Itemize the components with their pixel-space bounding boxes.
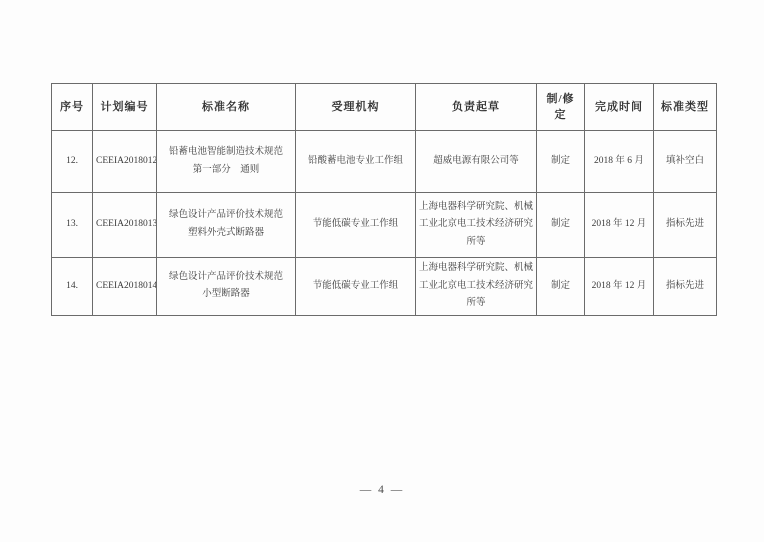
standards-plan-table: 序号 计划编号 标准名称 受理机构 负责起草 制/修 定 完成时间 标准类型 1… (51, 83, 717, 316)
cell-drafter: 上海电器科学研究院、机械工业北京电工技术经济研究所等 (416, 258, 537, 316)
cell-standard-name: 绿色设计产品评价技术规范 塑料外壳式断路器 (157, 193, 296, 258)
cell-completion-time: 2018 年 12 月 (585, 193, 654, 258)
table-row: 12. CEEIA2018012 铅蓄电池智能制造技术规范 第一部分 通则 铅酸… (52, 131, 717, 193)
header-completion-time: 完成时间 (585, 84, 654, 131)
cell-seq: 13. (52, 193, 93, 258)
cell-completion-time: 2018 年 6 月 (585, 131, 654, 193)
cell-formulate-or-revise: 制定 (537, 258, 585, 316)
header-seq: 序号 (52, 84, 93, 131)
header-drafter: 负责起草 (416, 84, 537, 131)
header-accepting-org: 受理机构 (296, 84, 416, 131)
cell-standard-type: 填补空白 (654, 131, 717, 193)
cell-accepting-org: 铅酸蓄电池专业工作组 (296, 131, 416, 193)
cell-formulate-or-revise: 制定 (537, 131, 585, 193)
table-row: 13. CEEIA2018013 绿色设计产品评价技术规范 塑料外壳式断路器 节… (52, 193, 717, 258)
cell-standard-type: 指标先进 (654, 193, 717, 258)
cell-accepting-org: 节能低碳专业工作组 (296, 258, 416, 316)
cell-plan-no: CEEIA2018014 (93, 258, 157, 316)
cell-formulate-or-revise: 制定 (537, 193, 585, 258)
cell-plan-no: CEEIA2018013 (93, 193, 157, 258)
cell-seq: 12. (52, 131, 93, 193)
header-standard-name: 标准名称 (157, 84, 296, 131)
cell-drafter: 超威电源有限公司等 (416, 131, 537, 193)
cell-standard-name: 铅蓄电池智能制造技术规范 第一部分 通则 (157, 131, 296, 193)
cell-accepting-org: 节能低碳专业工作组 (296, 193, 416, 258)
cell-standard-type: 指标先进 (654, 258, 717, 316)
cell-drafter: 上海电器科学研究院、机械工业北京电工技术经济研究所等 (416, 193, 537, 258)
header-plan-no: 计划编号 (93, 84, 157, 131)
header-standard-type: 标准类型 (654, 84, 717, 131)
cell-standard-name: 绿色设计产品评价技术规范 小型断路器 (157, 258, 296, 316)
cell-completion-time: 2018 年 12 月 (585, 258, 654, 316)
cell-plan-no: CEEIA2018012 (93, 131, 157, 193)
table-header-row: 序号 计划编号 标准名称 受理机构 负责起草 制/修 定 完成时间 标准类型 (52, 84, 717, 131)
header-formulate-or-revise: 制/修 定 (537, 84, 585, 131)
page-number: — 4 — (0, 484, 764, 496)
document-page: 序号 计划编号 标准名称 受理机构 负责起草 制/修 定 完成时间 标准类型 1… (0, 0, 764, 542)
cell-seq: 14. (52, 258, 93, 316)
table-row: 14. CEEIA2018014 绿色设计产品评价技术规范 小型断路器 节能低碳… (52, 258, 717, 316)
